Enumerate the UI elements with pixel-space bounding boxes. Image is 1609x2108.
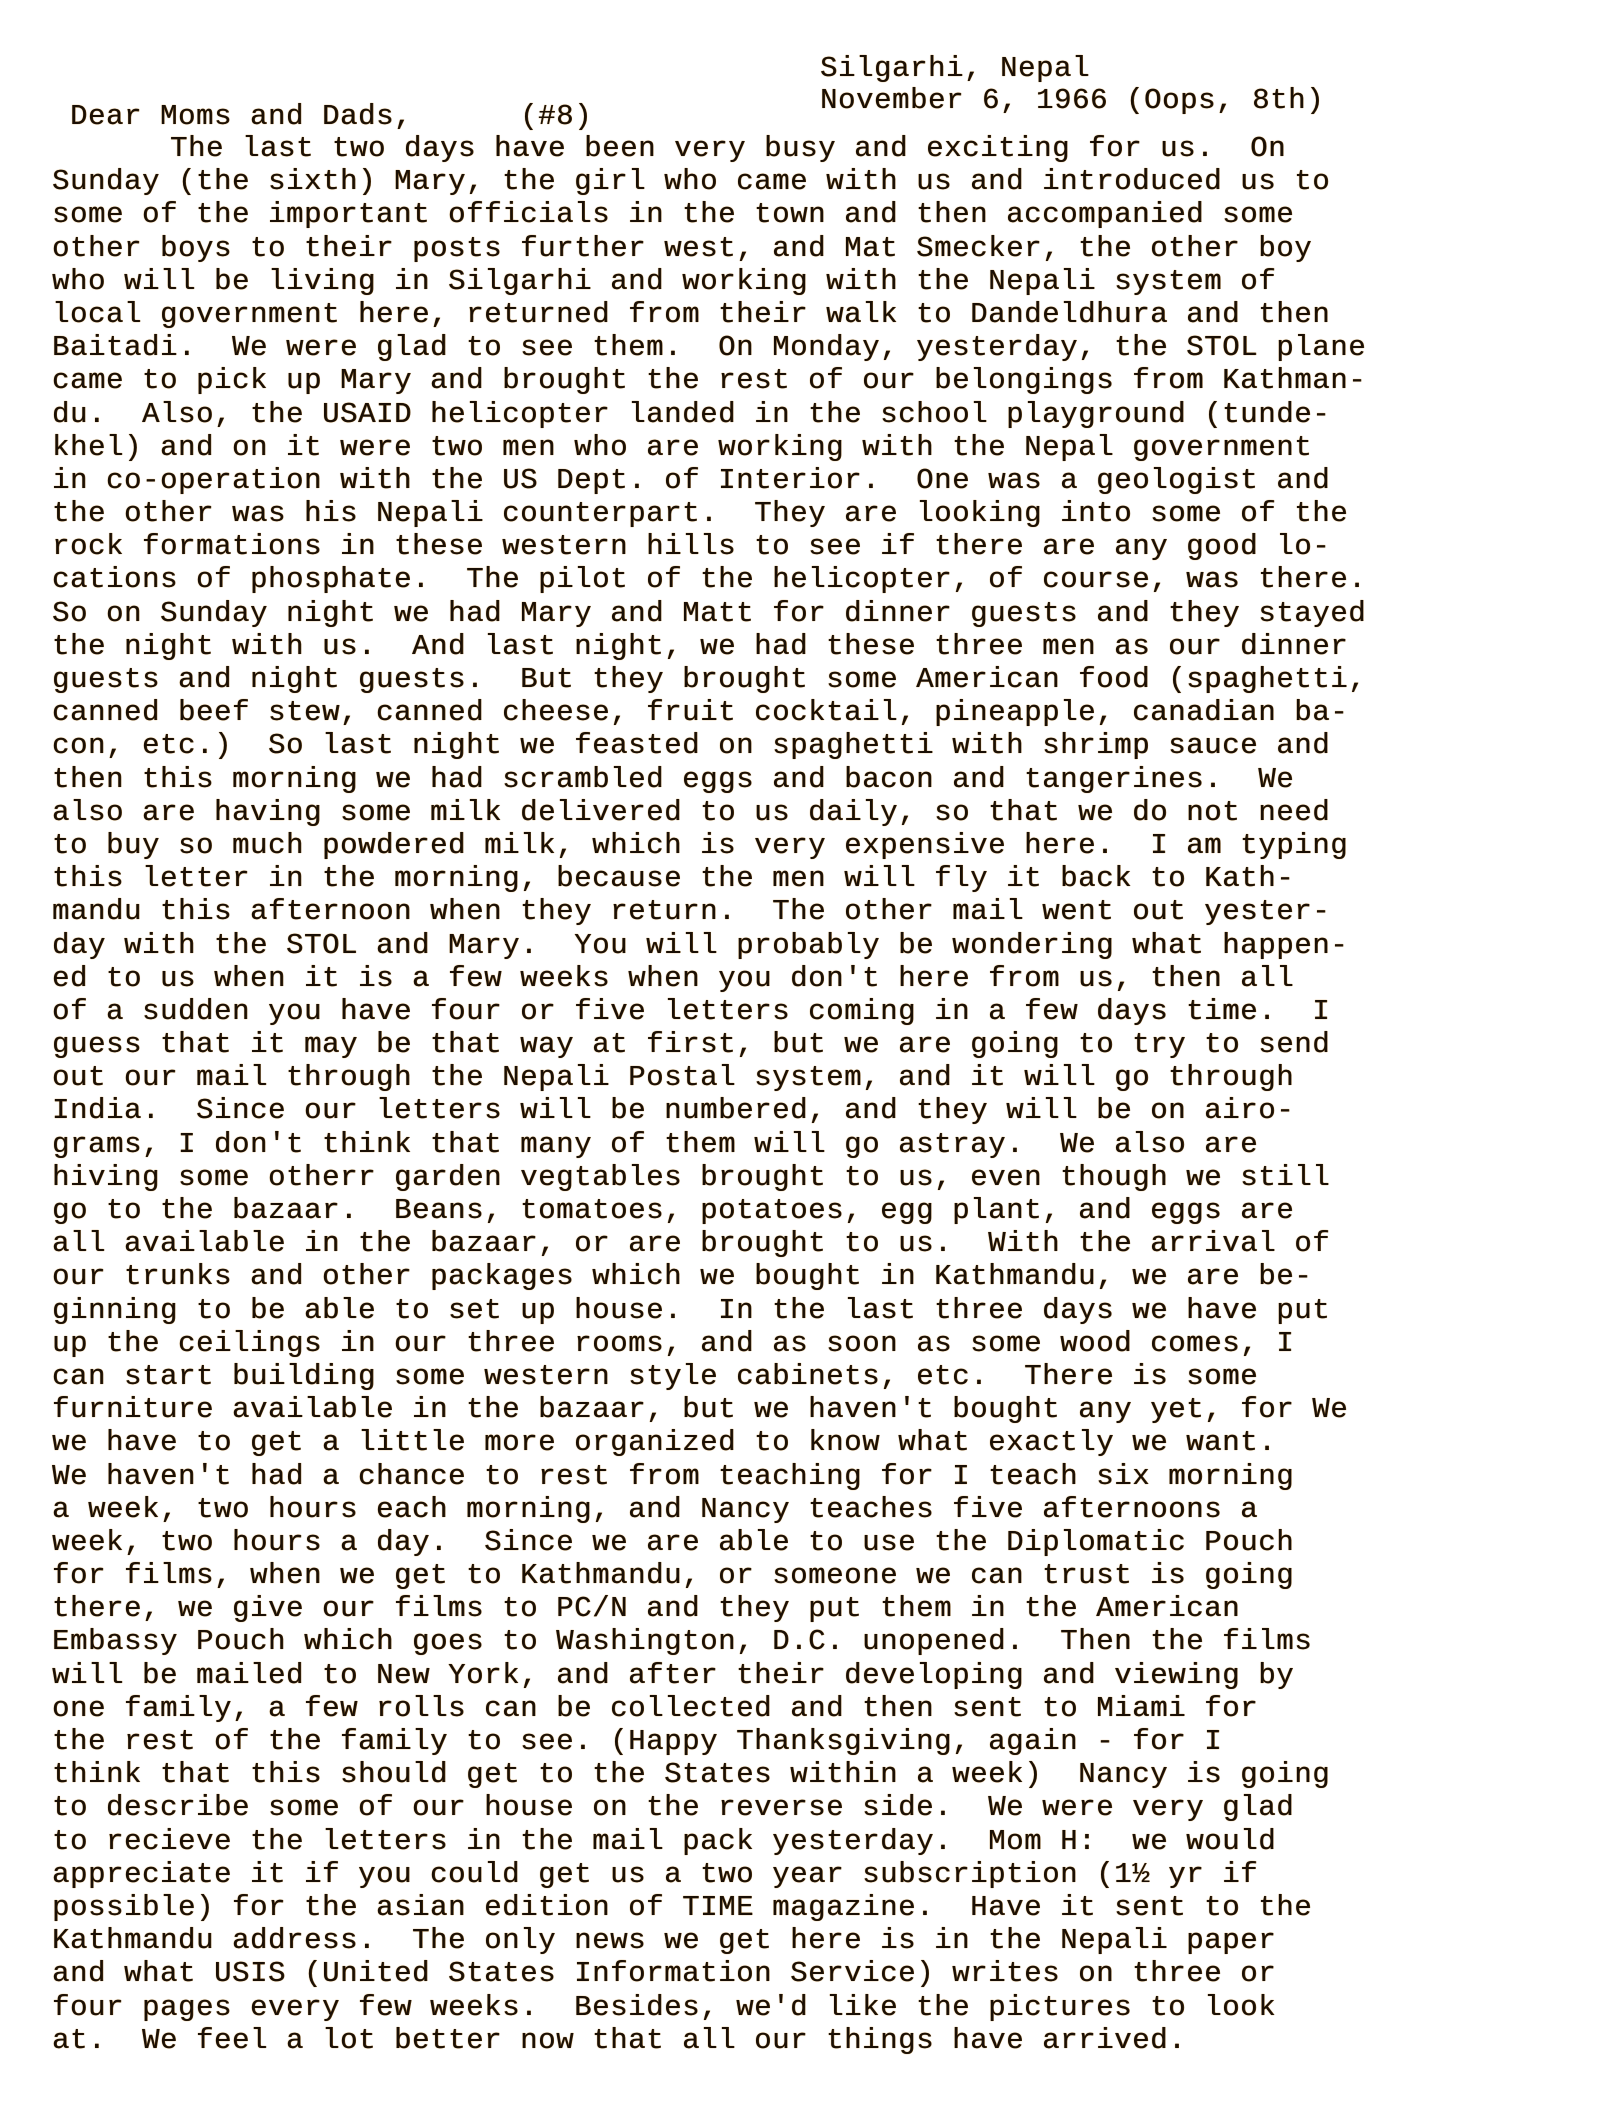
letter-line: there, we give our films to PC/N and the… [52, 1592, 1366, 1625]
letter-line: other boys to their posts further west, … [52, 232, 1366, 265]
letter-line: We haven't had a chance to rest from tea… [52, 1460, 1366, 1493]
letter-line: a week, two hours each morning, and Nanc… [52, 1493, 1366, 1526]
letter-line: hiving some otherr garden vegtables brou… [52, 1161, 1366, 1194]
letter-line: India. Since our letters will be numbere… [52, 1094, 1366, 1127]
letter-line: cations of phosphate. The pilot of the h… [52, 563, 1366, 596]
letter-page: Silgarhi, Nepal November 6, 1966 (Oops, … [0, 0, 1609, 2108]
letter-line: canned beef stew, canned cheese, fruit c… [52, 696, 1366, 729]
letter-line: the night with us. And last night, we ha… [52, 630, 1366, 663]
letter-line: con, etc.) So last night we feasted on s… [52, 729, 1366, 762]
letter-line: ed to us when it is a few weeks when you… [52, 962, 1366, 995]
letter-line: go to the bazaar. Beans, tomatoes, potat… [52, 1194, 1366, 1227]
letter-line: khel) and on it were two men who are wor… [52, 431, 1366, 464]
letter-line: to buy so much powdered milk, which is v… [52, 829, 1366, 862]
letter-line: guess that it may be that way at first, … [52, 1028, 1366, 1061]
letter-line: to describe some of our house on the rev… [52, 1791, 1366, 1824]
letter-line: who will be living in Silgarhi and worki… [52, 265, 1366, 298]
letter-line: all available in the bazaar, or are brou… [52, 1227, 1366, 1260]
letter-date: November 6, 1966 (Oops, 8th) [820, 84, 1324, 117]
letter-line: think that this should get to the States… [52, 1758, 1366, 1791]
letter-line: day with the STOL and Mary. You will pro… [52, 929, 1366, 962]
letter-line: and what USIS (United States Information… [52, 1957, 1366, 1990]
letter-line: can start building some western style ca… [52, 1360, 1366, 1393]
letter-line: out our mail through the Nepali Postal s… [52, 1061, 1366, 1094]
letter-place: Silgarhi, Nepal [820, 52, 1090, 85]
letter-line: the other was his Nepali counterpart. Th… [52, 497, 1366, 530]
letter-line: also are having some milk delivered to u… [52, 796, 1366, 829]
letter-line: we have to get a little more organized t… [52, 1426, 1366, 1459]
letter-line: one family, a few rolls can be collected… [52, 1692, 1366, 1725]
letter-line: this letter in the morning, because the … [52, 862, 1366, 895]
letter-line: rock formations in these western hills t… [52, 530, 1366, 563]
letter-line: in co-operation with the US Dept. of Int… [52, 464, 1366, 497]
letter-line: at. We feel a lot better now that all ou… [52, 2024, 1366, 2057]
letter-line: appreciate it if you could get us a two … [52, 1858, 1366, 1891]
letter-line: ginning to be able to set up house. In t… [52, 1294, 1366, 1327]
letter-line: mandu this afternoon when they return. T… [52, 895, 1366, 928]
letter-line: grams, I don't think that many of them w… [52, 1128, 1366, 1161]
letter-line: of a sudden you have four or five letter… [52, 995, 1366, 1028]
letter-line: four pages every few weeks. Besides, we'… [52, 1991, 1366, 2024]
letter-line: some of the important officials in the t… [52, 198, 1366, 231]
letter-line: up the ceilings in our three rooms, and … [52, 1327, 1366, 1360]
letter-line: Embassy Pouch which goes to Washington, … [52, 1625, 1366, 1658]
letter-line: to recieve the letters in the mail pack … [52, 1825, 1366, 1858]
letter-line: week, two hours a day. Since we are able… [52, 1526, 1366, 1559]
letter-line: the rest of the family to see. (Happy Th… [52, 1725, 1366, 1758]
letter-line: The last two days have been very busy an… [52, 132, 1366, 165]
letter-line: So on Sunday night we had Mary and Matt … [52, 597, 1366, 630]
letter-line: local government here, returned from the… [52, 298, 1366, 331]
letter-line: du. Also, the USAID helicopter landed in… [52, 398, 1366, 431]
letter-body: The last two days have been very busy an… [52, 132, 1366, 2057]
letter-line: guests and night guests. But they brough… [52, 663, 1366, 696]
letter-line: then this morning we had scrambled eggs … [52, 763, 1366, 796]
letter-line: our trunks and other packages which we b… [52, 1260, 1366, 1293]
letter-line: Kathmandu address. The only news we get … [52, 1924, 1366, 1957]
letter-salutation: Dear Moms and Dads, (#8) [70, 100, 592, 133]
letter-line: possible) for the asian edition of TIME … [52, 1891, 1366, 1924]
letter-line: came to pick up Mary and brought the res… [52, 364, 1366, 397]
letter-line: for films, when we get to Kathmandu, or … [52, 1559, 1366, 1592]
letter-line: furniture available in the bazaar, but w… [52, 1393, 1366, 1426]
letter-line: Baitadi. We were glad to see them. On Mo… [52, 331, 1366, 364]
letter-line: will be mailed to New York, and after th… [52, 1659, 1366, 1692]
letter-line: Sunday (the sixth) Mary, the girl who ca… [52, 165, 1366, 198]
